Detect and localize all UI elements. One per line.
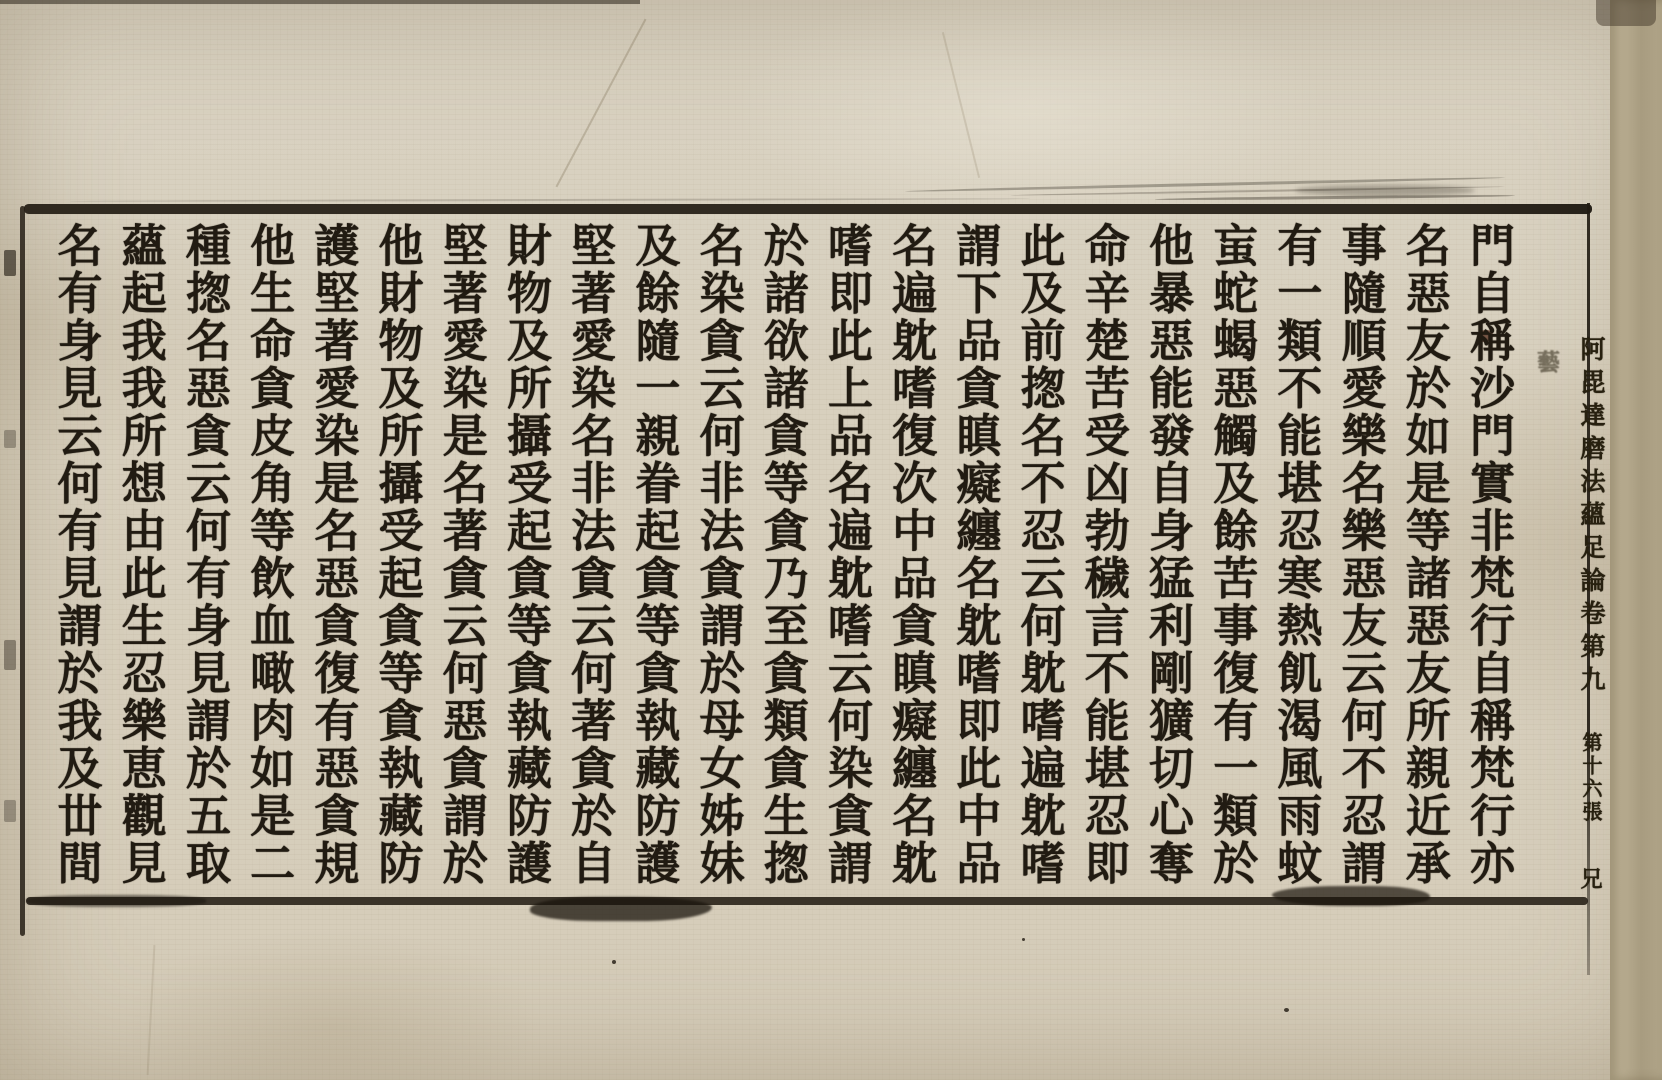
fascicle-title: 阿毘達磨法蘊足論卷第九 bbox=[1577, 336, 1604, 699]
text-column: 他暴惡能發自身猛利剛獷切心奪 bbox=[1135, 222, 1199, 892]
ink-smudge bbox=[530, 897, 712, 921]
case-marker: 兄 bbox=[1578, 867, 1603, 889]
scan-edge-top-right bbox=[1596, 0, 1656, 26]
text-column: 謂下品貪瞋癡纏名躭嗜即此中品 bbox=[942, 222, 1006, 892]
scan-edge-top-left bbox=[0, 0, 640, 4]
text-column: 門自稱沙門實非梵行自稱梵行亦 bbox=[1456, 222, 1520, 892]
text-column: 有一類不能堪忍寒熱飢渴風雨蚊 bbox=[1263, 222, 1327, 892]
ink-smear bbox=[1155, 194, 1515, 201]
text-column: 堅著愛染名非法貪云何著貪於自 bbox=[557, 222, 621, 892]
ink-smear bbox=[70, 198, 1030, 203]
text-column: 名惡友於如是等諸惡友所親近承 bbox=[1392, 222, 1456, 892]
left-margin-ink-mark bbox=[4, 800, 16, 822]
text-column: 種揔名惡貪云何有身見謂於五取 bbox=[172, 222, 236, 892]
text-column: 名染貪云何非法貪謂於母女姊妹 bbox=[685, 222, 749, 892]
text-columns: 門自稱沙門實非梵行自稱梵行亦名惡友於如是等諸惡友所親近承事隨順愛樂名樂惡友云何不… bbox=[44, 222, 1520, 892]
text-column: 護堅著愛染是名惡貪復有惡貪規 bbox=[300, 222, 364, 892]
text-column: 命辛楚苦受凶勃穢言不能堪忍即 bbox=[1071, 222, 1135, 892]
text-column: 嗜即此上品名遍躭嗜云何染貪謂 bbox=[814, 222, 878, 892]
ink-speck bbox=[1022, 938, 1025, 941]
left-border-rule bbox=[20, 206, 25, 936]
scanned-page: 門自稱沙門實非梵行自稱梵行亦名惡友於如是等諸惡友所親近承事隨順愛樂名樂惡友云何不… bbox=[0, 0, 1662, 1080]
ink-smudge bbox=[26, 895, 206, 907]
paper-crease bbox=[942, 32, 980, 178]
top-border-rule bbox=[24, 204, 1592, 214]
text-column: 䖟蛇蝎惡觸及餘苦事復有一類於 bbox=[1199, 222, 1263, 892]
text-column: 名有身見云何有見謂於我及丗間 bbox=[43, 222, 107, 892]
paper-crease bbox=[147, 945, 156, 1075]
left-margin-ink-mark bbox=[4, 640, 16, 670]
sheet-number: 第十六張 bbox=[1579, 732, 1601, 824]
paper-crease bbox=[556, 19, 647, 188]
text-column: 蘊起我我所想由此生忍樂恵觀見 bbox=[108, 222, 172, 892]
ink-smear bbox=[1295, 185, 1475, 196]
smudged-character: 藝 bbox=[1534, 350, 1559, 373]
page-right-edge bbox=[1610, 0, 1662, 1080]
text-column: 堅著愛染是名著貪云何惡貪謂於 bbox=[429, 222, 493, 892]
margin-column: 阿毘達磨法蘊足論卷第九 第十六張 兄 藝 bbox=[1524, 336, 1612, 896]
text-column: 及餘隨一親眷起貪等貪執藏防護 bbox=[621, 222, 685, 892]
text-column: 財物及所攝受起貪等貪執藏防護 bbox=[493, 222, 557, 892]
text-column: 此及前揔名不忍云何躭嗜遍躭嗜 bbox=[1006, 222, 1070, 892]
ink-speck bbox=[1284, 1008, 1289, 1012]
ink-speck bbox=[612, 960, 616, 964]
left-margin-ink-mark bbox=[4, 250, 16, 276]
text-column: 名遍躭嗜復次中品貪瞋癡纏名躭 bbox=[878, 222, 942, 892]
text-column: 於諸欲諸貪等貪乃至貪類貪生揔 bbox=[750, 222, 814, 892]
left-margin-ink-mark bbox=[4, 430, 16, 448]
text-column: 他生命貪皮角等飲血噉肉如是二 bbox=[236, 222, 300, 892]
text-column: 事隨順愛樂名樂惡友云何不忍謂 bbox=[1327, 222, 1391, 892]
text-column: 他財物及所攝受起貪等貪執藏防 bbox=[364, 222, 428, 892]
